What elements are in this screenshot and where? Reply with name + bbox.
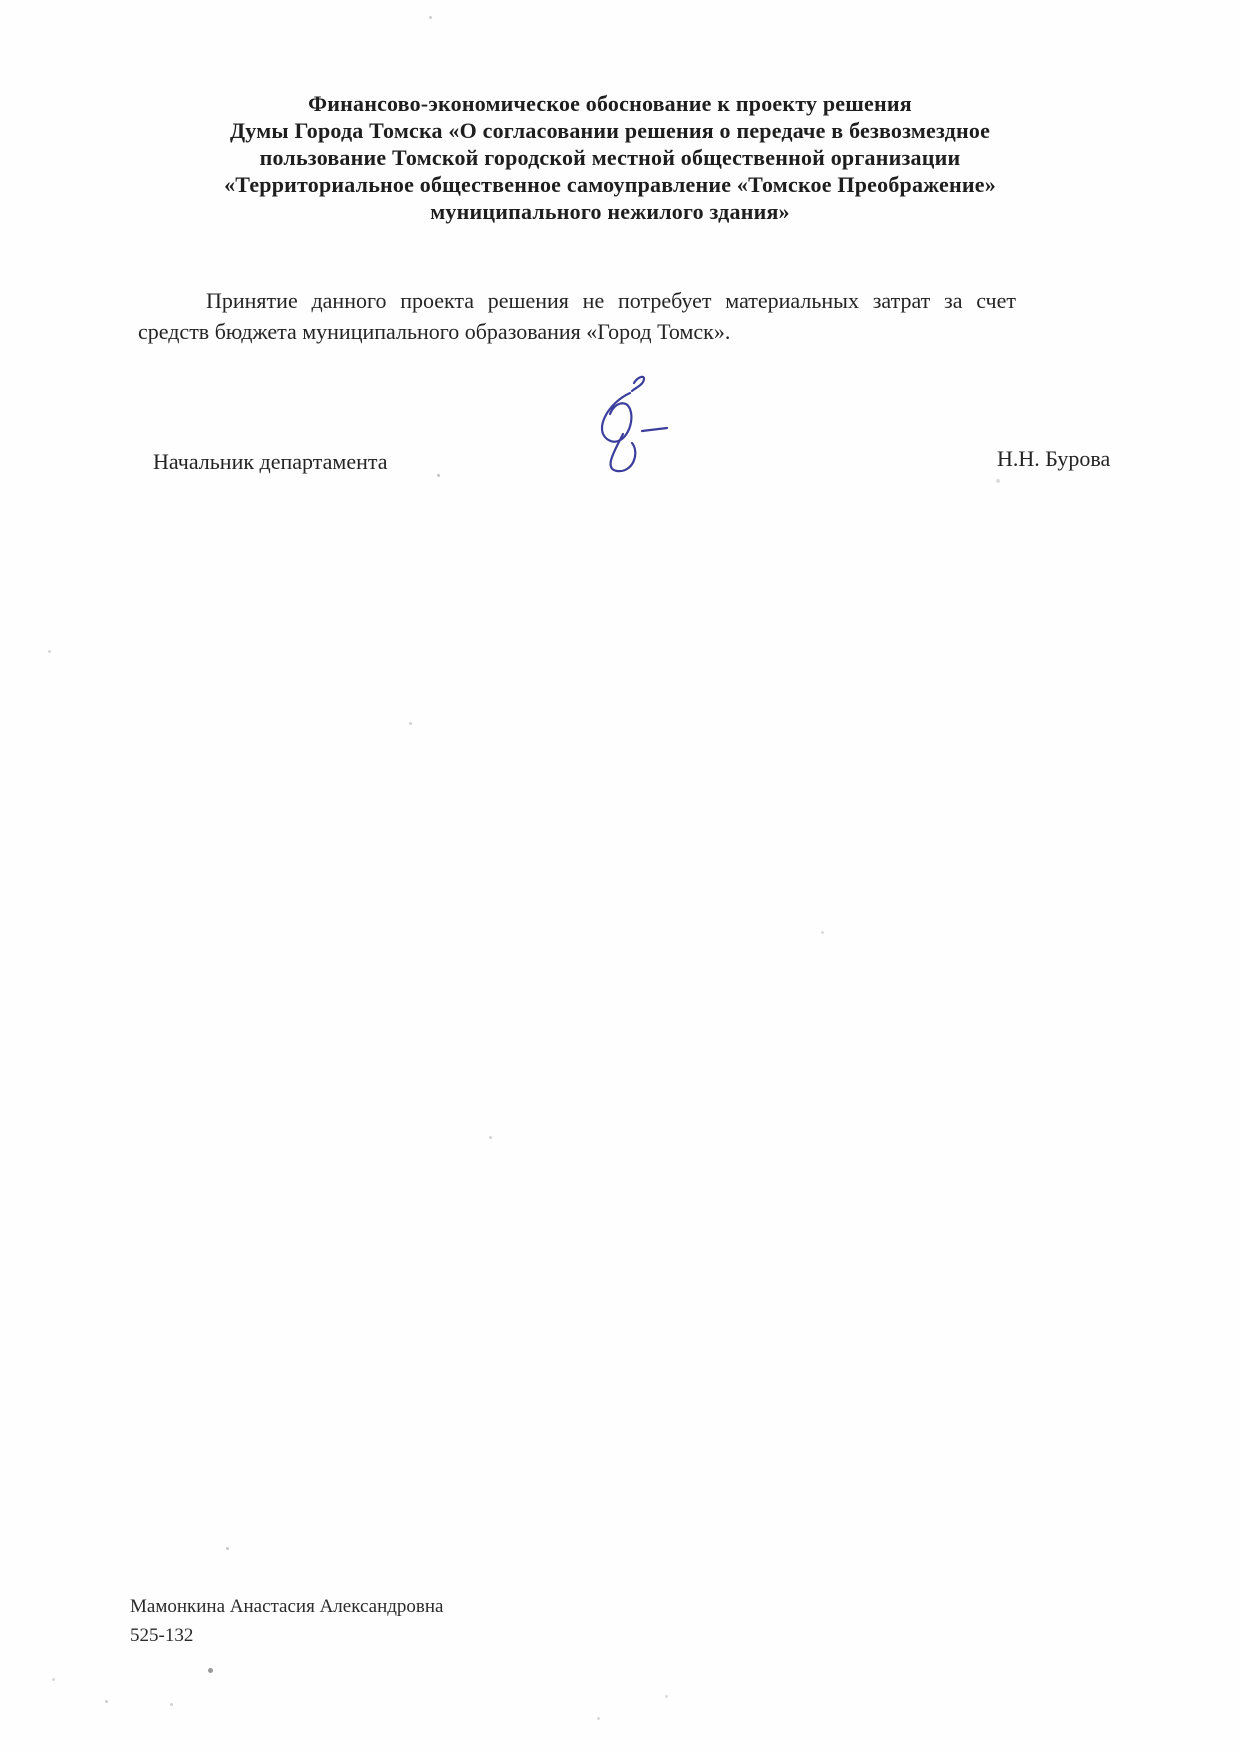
title-line: муниципального нежилого здания» [130, 198, 1090, 225]
document-title: Финансово-экономическое обоснование к пр… [130, 90, 1090, 225]
scan-speck [105, 1700, 108, 1703]
signer-position-label: Начальник департамента [153, 449, 388, 475]
signer-name: Н.Н. Бурова [997, 446, 1110, 472]
scan-speck [409, 722, 412, 725]
title-line: пользование Томской городской местной об… [130, 144, 1090, 171]
scan-speck [597, 1717, 600, 1720]
scan-speck [170, 1703, 173, 1706]
footer-contact-phone: 525-132 [130, 1621, 443, 1650]
footer-contact-name: Мамонкина Анастасия Александровна [130, 1592, 443, 1621]
footer-contact: Мамонкина Анастасия Александровна 525-13… [130, 1592, 443, 1650]
scan-speck [489, 1136, 492, 1139]
title-line: Финансово-экономическое обоснование к пр… [130, 90, 1090, 117]
handwritten-signature-icon [572, 373, 692, 478]
scan-speck [429, 16, 432, 19]
scan-speck [226, 1547, 229, 1550]
scan-speck [821, 931, 824, 934]
document-page: Финансово-экономическое обоснование к пр… [0, 0, 1240, 1753]
scan-speck [48, 650, 51, 653]
scan-speck [996, 479, 1000, 483]
scan-speck [665, 1695, 668, 1698]
scan-speck [437, 474, 440, 477]
scan-speck [208, 1668, 213, 1673]
scan-speck [52, 1678, 55, 1681]
body-paragraph: Принятие данного проекта решения не потр… [138, 285, 1016, 347]
title-line: Думы Города Томска «О согласовании решен… [130, 117, 1090, 144]
title-line: «Территориальное общественное самоуправл… [130, 171, 1090, 198]
